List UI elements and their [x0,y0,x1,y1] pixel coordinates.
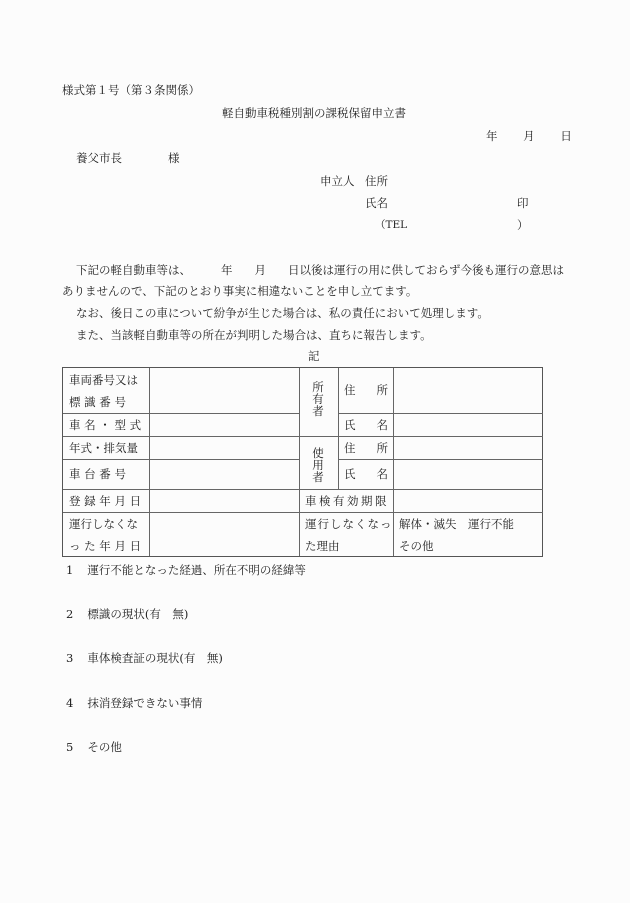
tel-close: ） [517,218,529,232]
reason-label: 運行しなくなっ [305,517,393,531]
tel-field[interactable] [410,216,510,232]
user-label: 使用者 [311,447,325,483]
owner-name-label: 氏名 [344,418,388,432]
seal-mark: 印 [517,196,529,210]
vehicle-table: 車両番号又は 標 識 番 号 車 名 ・ 型 式 年式・排気量 車 台 番 号 … [62,367,543,557]
owner-address-label: 住所 [344,383,388,397]
label-registration-date: 登 録 年 月 日 [69,494,141,508]
vehicle-number-field[interactable] [151,369,297,412]
user-address-label: 住所 [344,441,388,455]
month-label: 月 [523,129,535,143]
owner-label: 所有者 [311,381,325,417]
user-name-label: 氏名 [344,467,388,481]
owner-address-field[interactable] [395,369,541,412]
model-field[interactable] [151,415,297,435]
item-1: 1運行不能となった経過、所在不明の経緯等 [66,563,306,577]
inspection-expiry-field[interactable] [395,491,541,511]
year-label: 年 [486,129,498,143]
applicant-address-field[interactable] [395,172,545,188]
item-5: 5その他 [66,740,122,754]
label-vehicle-number: 車両番号又は [69,373,138,387]
chassis-number-field[interactable] [151,461,297,488]
statement-para-1b: ありませんので、下記のとおり事実に相違ないことを申し立てます。 [62,284,417,298]
inspection-expiry-label: 車検有効期限 [305,494,389,508]
applicant-name-label: 氏名 [365,196,388,210]
applicant-name-field[interactable] [395,194,510,210]
document-title: 軽自動車税種別割の課税保留申立書 [222,106,406,120]
item-3: 3車体検査証の現状(有 無) [66,651,223,665]
form-number: 様式第１号（第３条関係） [62,83,200,97]
owner-name-field[interactable] [395,415,541,435]
date-field[interactable]: 年 月 日 [486,129,572,143]
item-2: 2標識の現状(有 無) [66,607,188,621]
applicant-label: 申立人 [320,174,355,188]
stop-month-label: 月 [255,263,267,277]
addressee: 養父市長 [76,151,122,165]
label-model: 車 名 ・ 型 式 [69,418,141,432]
stop-year-label: 年 [221,263,233,277]
label-stop-date: 運行しなくな [69,517,138,531]
registration-date-field[interactable] [151,491,297,511]
statement-para-1: 下記の軽自動車等は、年月日以後は運行の用に供しておらず今後も運行の意思は [76,263,564,277]
reason-options[interactable]: 解体・滅失 運行不能 [399,517,514,531]
day-label: 日 [560,129,572,143]
year-displacement-field[interactable] [151,438,297,458]
label-year-displacement: 年式・排気量 [69,441,138,455]
stop-date-field[interactable] [151,514,297,555]
user-name-field[interactable] [395,461,541,488]
honorific: 様 [168,151,180,165]
statement-para-3: また、当該軽自動車等の所在が判明した場合は、直ちに報告します。 [76,328,432,342]
tel-open: （TEL [375,218,407,232]
user-address-field[interactable] [395,438,541,458]
reason-label-2: た理由 [305,539,340,553]
item-4: 4抹消登録できない事情 [66,696,202,710]
statement-para-2: なお、後日この車について紛争が生じた場合は、私の責任において処理します。 [76,306,489,320]
label-chassis-number: 車 台 番 号 [69,467,126,481]
ki-heading: 記 [308,349,320,363]
reason-option-other[interactable]: その他 [399,539,434,553]
applicant-address-label: 住所 [365,174,388,188]
label-stop-date-2: っ た 年 月 日 [69,539,141,553]
label-vehicle-number-2: 標 識 番 号 [69,395,126,409]
